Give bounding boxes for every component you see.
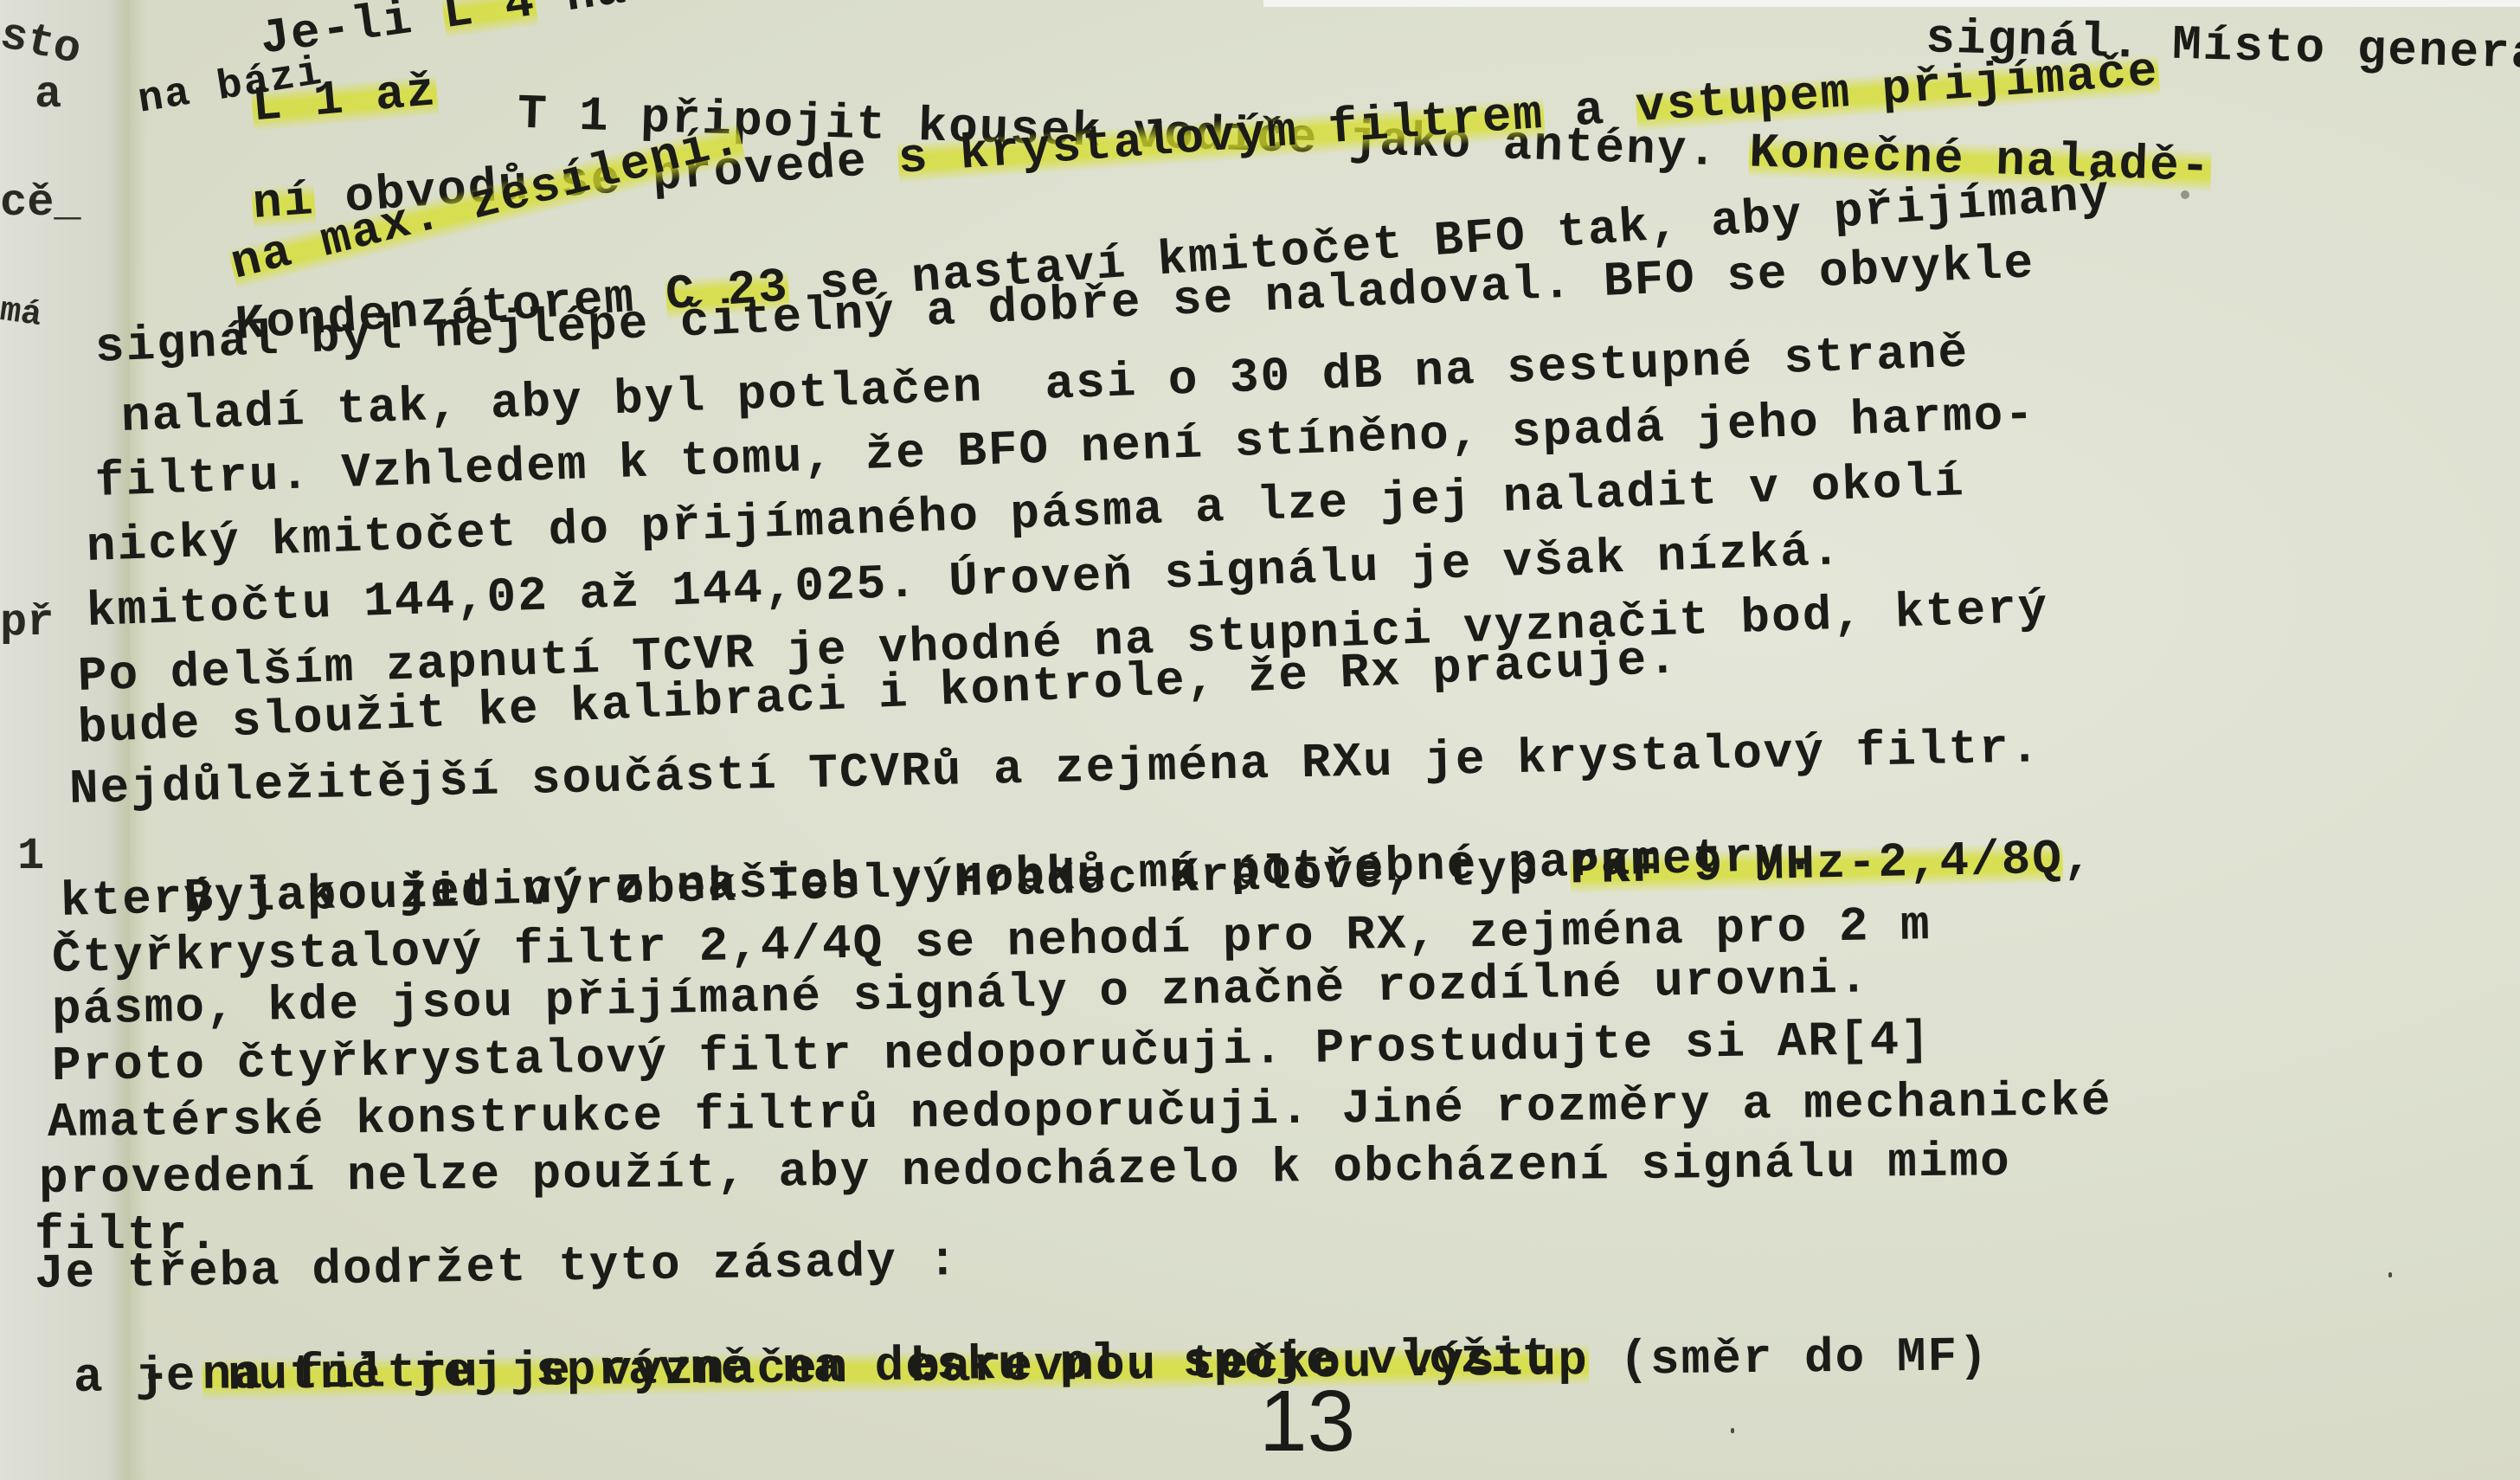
page-number: 13 [1259,1372,1355,1471]
document-page: sto a cě_ má př 1 Je-li L 4 na signál. M… [0,0,2520,1480]
margin-fragment: má [0,292,44,336]
margin-fragment: cě_ [0,177,81,228]
text-segment: na [531,0,661,29]
paper-speck [2181,190,2189,199]
paper-speck [1731,1428,1734,1433]
paper-speck [2388,1272,2392,1277]
text-segment: (směr do MF) [1588,1329,1990,1388]
margin-fragment: př [0,597,54,648]
margin-fragment: a [35,69,61,120]
margin-fragment: 1 [17,831,44,882]
text-segment: a [1542,80,1638,141]
text-segment: , [2062,831,2094,887]
